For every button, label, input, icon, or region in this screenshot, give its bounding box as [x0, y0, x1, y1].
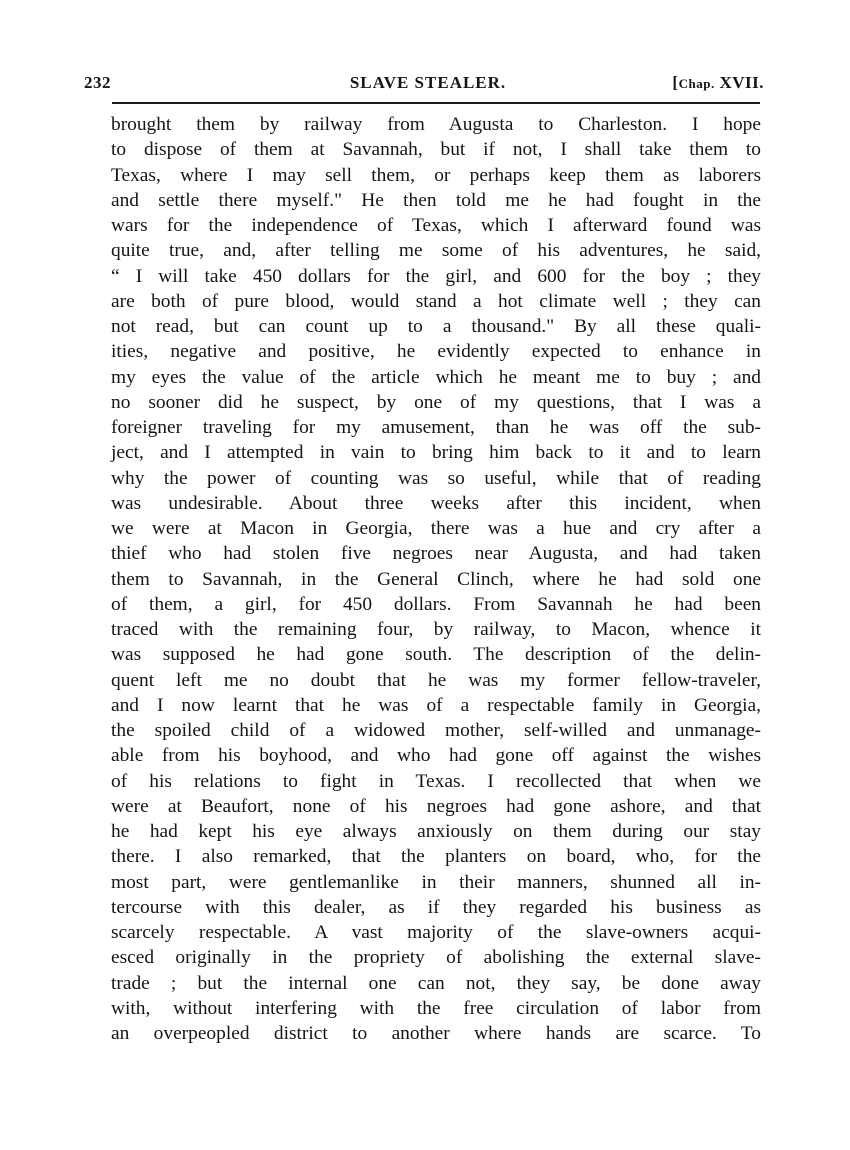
text-line: my eyes the value of the article which h…: [111, 365, 761, 390]
text-line: not read, but can count up to a thousand…: [111, 314, 761, 339]
text-line: “ I will take 450 dollars for the girl, …: [111, 264, 761, 289]
text-line: are both of pure blood, would stand a ho…: [111, 289, 761, 314]
text-line: was supposed he had gone south. The desc…: [111, 642, 761, 667]
chapter-number: XVII.: [715, 73, 764, 92]
text-line: an overpeopled district to another where…: [111, 1021, 761, 1046]
text-line: tercourse with this dealer, as if they r…: [111, 895, 761, 920]
text-line: he had kept his eye always anxiously on …: [111, 819, 761, 844]
text-line: them to Savannah, in the General Clinch,…: [111, 567, 761, 592]
chapter-label: Chap.: [679, 76, 715, 91]
text-line: were at Beaufort, none of his negroes ha…: [111, 794, 761, 819]
text-line: with, without interfering with the free …: [111, 996, 761, 1021]
text-line: trade ; but the internal one can not, th…: [111, 971, 761, 996]
running-head: 232 SLAVE STEALER. [Chap. XVII.: [84, 73, 764, 95]
header-rule: [112, 102, 760, 104]
text-line: was undesirable. About three weeks after…: [111, 491, 761, 516]
running-title: SLAVE STEALER.: [84, 73, 764, 93]
book-page: 232 SLAVE STEALER. [Chap. XVII. brought …: [0, 0, 850, 1150]
text-line: scarcely respectable. A vast majority of…: [111, 920, 761, 945]
text-line: ject, and I attempted in vain to bring h…: [111, 440, 761, 465]
text-line: of them, a girl, for 450 dollars. From S…: [111, 592, 761, 617]
text-line: wars for the independence of Texas, whic…: [111, 213, 761, 238]
text-line: quent left me no doubt that he was my fo…: [111, 668, 761, 693]
text-line: to dispose of them at Savannah, but if n…: [111, 137, 761, 162]
text-line: and I now learnt that he was of a respec…: [111, 693, 761, 718]
text-line: we were at Macon in Georgia, there was a…: [111, 516, 761, 541]
text-line: why the power of counting was so useful,…: [111, 466, 761, 491]
text-line: the spoiled child of a widowed mother, s…: [111, 718, 761, 743]
text-line: thief who had stolen five negroes near A…: [111, 541, 761, 566]
text-line: esced originally in the propriety of abo…: [111, 945, 761, 970]
text-line: foreigner traveling for my amusement, th…: [111, 415, 761, 440]
text-line: traced with the remaining four, by railw…: [111, 617, 761, 642]
text-line: brought them by railway from Augusta to …: [111, 112, 761, 137]
chapter-reference: [Chap. XVII.: [672, 73, 764, 93]
text-line: most part, were gentlemanlike in their m…: [111, 870, 761, 895]
body-text: brought them by railway from Augusta to …: [111, 112, 761, 1046]
text-line: no sooner did he suspect, by one of my q…: [111, 390, 761, 415]
text-line: there. I also remarked, that the planter…: [111, 844, 761, 869]
text-line: quite true, and, after telling me some o…: [111, 238, 761, 263]
text-line: and settle there myself." He then told m…: [111, 188, 761, 213]
text-line: of his relations to fight in Texas. I re…: [111, 769, 761, 794]
text-line: able from his boyhood, and who had gone …: [111, 743, 761, 768]
text-line: ities, negative and positive, he evident…: [111, 339, 761, 364]
text-line: Texas, where I may sell them, or perhaps…: [111, 163, 761, 188]
